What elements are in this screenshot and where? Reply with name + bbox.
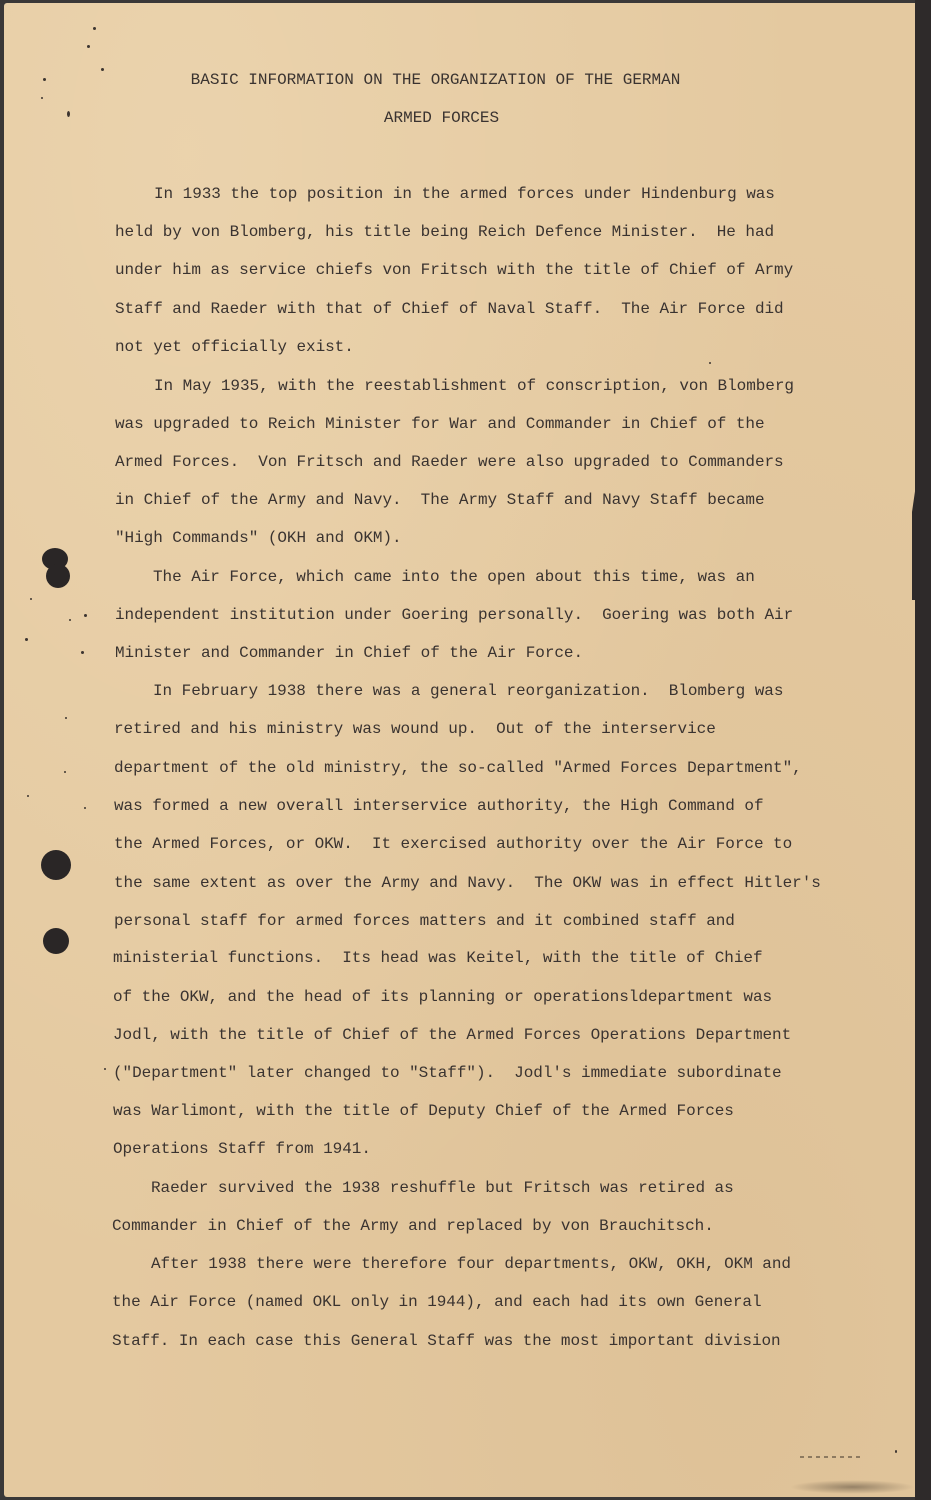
text-line: In May 1935, with the reestablishment of… [154, 378, 794, 394]
text-line: was upgraded to Reich Minister for War a… [115, 416, 765, 432]
text-line: of the OKW, and the head of its planning… [113, 989, 772, 1005]
text-line: ("Department" later changed to "Staff").… [113, 1065, 782, 1081]
text-line: in Chief of the Army and Navy. The Army … [115, 492, 765, 508]
text-line: under him as service chiefs von Fritsch … [115, 262, 793, 278]
text-line: independent institution under Goering pe… [115, 607, 793, 623]
speck [81, 651, 84, 654]
text-line: personal staff for armed forces matters … [114, 913, 735, 929]
text-line: Armed Forces. Von Fritsch and Raeder wer… [115, 454, 784, 470]
text-line: department of the old ministry, the so-c… [114, 760, 802, 776]
document-title-line-1: BASIC INFORMATION ON THE ORGANIZATION OF… [0, 72, 901, 88]
scan-edge [915, 0, 931, 1500]
text-line: held by von Blomberg, his title being Re… [115, 224, 774, 240]
text-line: not yet officially exist. [115, 339, 354, 355]
punch-hole [46, 564, 70, 588]
smudge [790, 1480, 915, 1494]
speck [27, 795, 29, 797]
text-line: Operations Staff from 1941. [113, 1141, 371, 1157]
speck [84, 807, 86, 809]
text-line: "High Commands" (OKH and OKM). [115, 530, 402, 546]
speck [64, 771, 66, 773]
speck [25, 638, 28, 641]
text-line: retired and his ministry was wound up. O… [114, 721, 716, 737]
text-line: Staff. In each case this General Staff w… [112, 1333, 781, 1349]
text-line: the Air Force (named OKL only in 1944), … [112, 1294, 762, 1310]
text-line: Staff and Raeder with that of Chief of N… [115, 301, 784, 317]
text-line: In 1933 the top position in the armed fo… [154, 186, 775, 202]
text-line: Commander in Chief of the Army and repla… [112, 1218, 714, 1234]
text-line: was formed a new overall interservice au… [114, 798, 764, 814]
speck [84, 614, 87, 617]
text-line: Minister and Commander in Chief of the A… [115, 645, 583, 661]
paper-tear [912, 490, 920, 600]
punch-hole [43, 928, 69, 954]
speck [104, 1068, 106, 1070]
speck [895, 1450, 897, 1453]
smudge [800, 1456, 860, 1458]
text-line: The Air Force, which came into the open … [153, 569, 755, 585]
text-line: the Armed Forces, or OKW. It exercised a… [114, 836, 792, 852]
text-line: ministerial functions. Its head was Keit… [113, 950, 763, 966]
speck [101, 68, 104, 71]
document-title-line-2: ARMED FORCES [0, 110, 907, 126]
speck [709, 362, 711, 364]
text-line: was Warlimont, with the title of Deputy … [113, 1103, 734, 1119]
text-line: In February 1938 there was a general reo… [153, 683, 783, 699]
speck [30, 598, 32, 600]
text-line: Jodl, with the title of Chief of the Arm… [113, 1027, 791, 1043]
speck [41, 97, 43, 99]
document-body: In 1933 the top position in the armed fo… [0, 0, 19, 512]
speck [69, 619, 71, 621]
text-line: After 1938 there were therefore four dep… [151, 1256, 791, 1272]
speck [65, 717, 67, 719]
punch-hole [41, 850, 71, 880]
text-line: Raeder survived the 1938 reshuffle but F… [151, 1180, 734, 1196]
text-line: the same extent as over the Army and Nav… [114, 875, 821, 891]
speck [93, 27, 96, 30]
speck [87, 45, 90, 48]
